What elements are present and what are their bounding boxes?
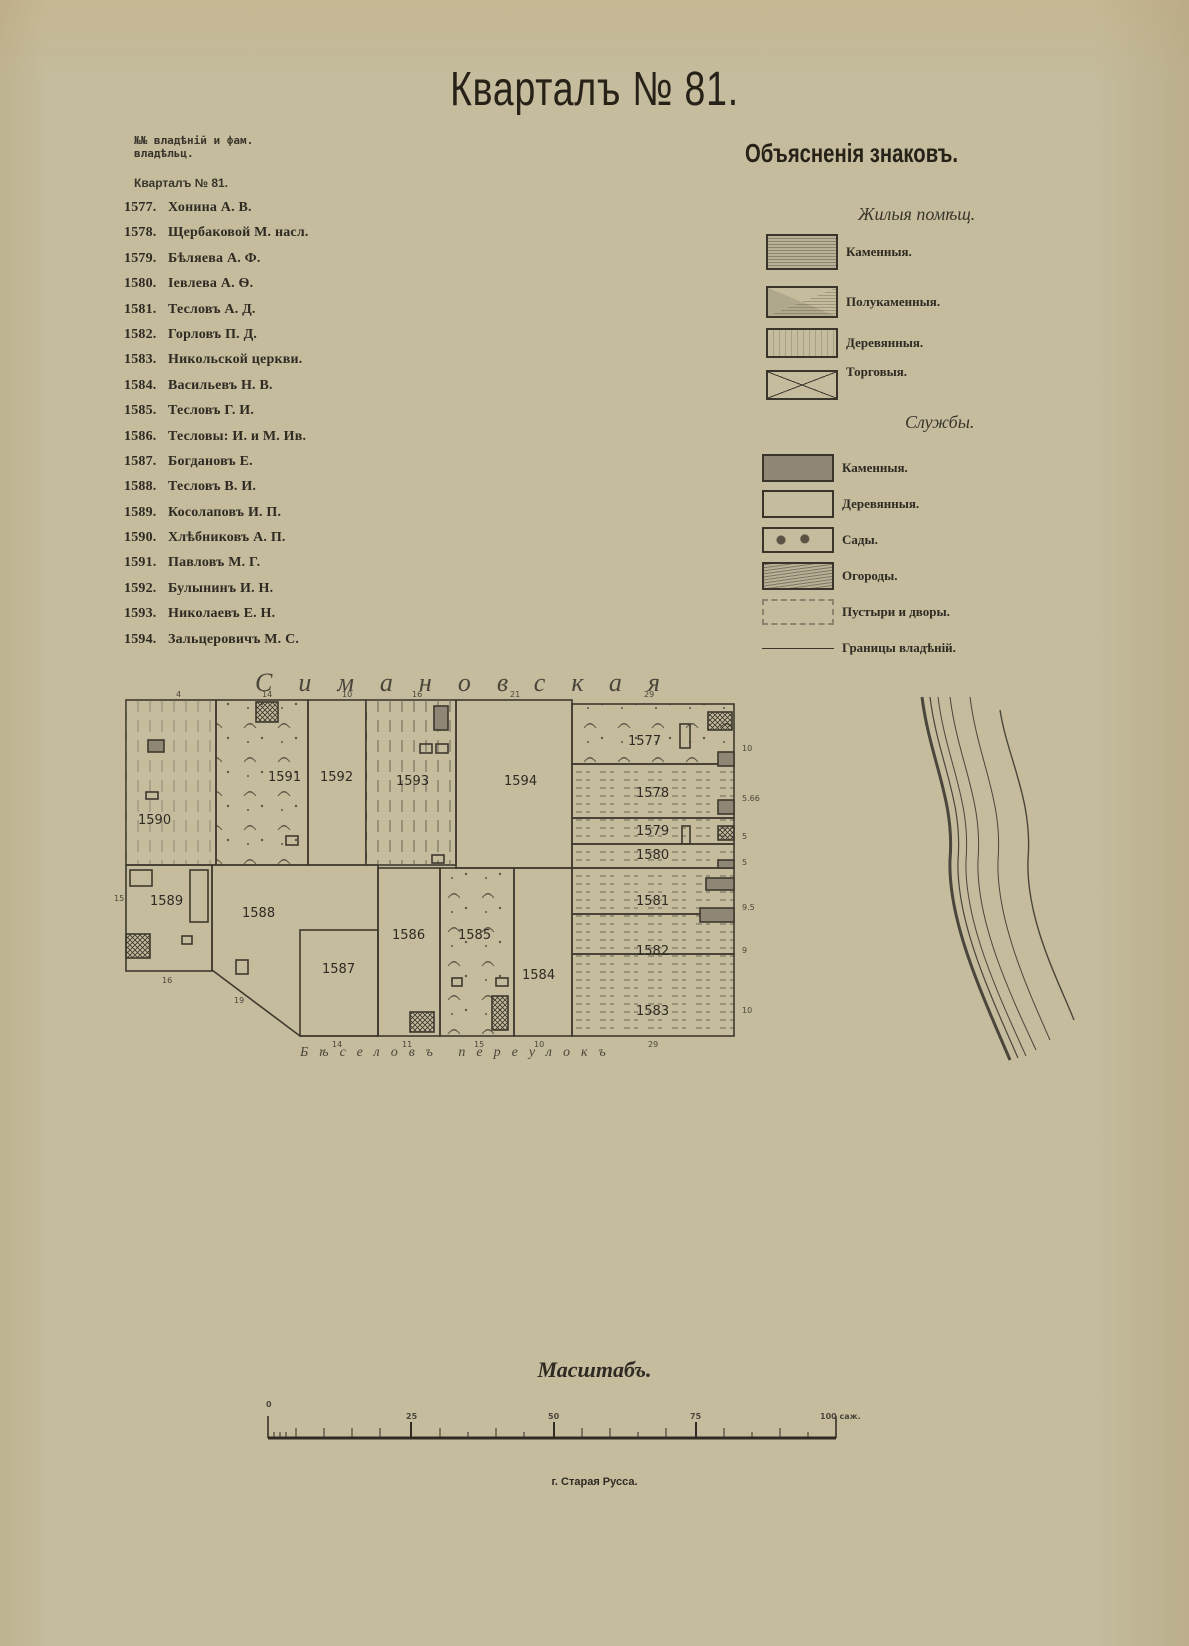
plot-label: 1593 <box>396 774 429 789</box>
scale-title: Масштабъ. <box>0 1357 1189 1383</box>
plot-label: 1577 <box>628 734 661 749</box>
plot-label: 1583 <box>636 1004 669 1019</box>
dimension-label: 5 <box>742 832 747 841</box>
plot-label: 1585 <box>458 928 491 943</box>
dimension-label: 10 <box>342 690 352 699</box>
scale-tick-label: 100 саж. <box>820 1412 861 1421</box>
plot-label: 1587 <box>322 962 355 977</box>
dimension-label: 4 <box>176 690 181 699</box>
scale-tick-label: 50 <box>548 1412 559 1421</box>
scale-bar <box>262 1404 862 1444</box>
dimension-label: 16 <box>162 976 172 985</box>
scale-tick-label: 75 <box>690 1412 701 1421</box>
dimension-label: 10 <box>742 1006 752 1015</box>
plot-label: 1579 <box>636 824 669 839</box>
dimension-label: 10 <box>742 744 752 753</box>
plot-label: 1582 <box>636 944 669 959</box>
street-bottom-label: Бѣселовъ переулокъ <box>300 1045 617 1061</box>
plot-label: 1588 <box>242 906 275 921</box>
block-map <box>0 0 1189 1646</box>
plot-label: 1592 <box>320 770 353 785</box>
dimension-label: 29 <box>644 690 654 699</box>
dimension-label: 9.5 <box>742 903 755 912</box>
plot-label: 1589 <box>150 894 183 909</box>
plot-label: 1580 <box>636 848 669 863</box>
dimension-label: 5 <box>742 858 747 867</box>
dimension-label: 9 <box>742 946 747 955</box>
city-label: г. Старая Русса. <box>0 1476 1189 1488</box>
plot-label: 1586 <box>392 928 425 943</box>
plot-label: 1584 <box>522 968 555 983</box>
plot-label: 1581 <box>636 894 669 909</box>
dimension-label: 19 <box>234 996 244 1005</box>
plot-label: 1590 <box>138 813 171 828</box>
scale-tick-label: 25 <box>406 1412 417 1421</box>
scale-tick-label: 0 <box>266 1400 272 1409</box>
dimension-label: 21 <box>510 690 520 699</box>
plot-label: 1591 <box>268 770 301 785</box>
dimension-label: 15 <box>114 894 124 903</box>
dimension-label: 5.66 <box>742 794 760 803</box>
dimension-label: 14 <box>262 690 272 699</box>
plot-label: 1594 <box>504 774 537 789</box>
plot-label: 1578 <box>636 786 669 801</box>
dimension-label: 29 <box>648 1040 658 1049</box>
dimension-label: 16 <box>412 690 422 699</box>
